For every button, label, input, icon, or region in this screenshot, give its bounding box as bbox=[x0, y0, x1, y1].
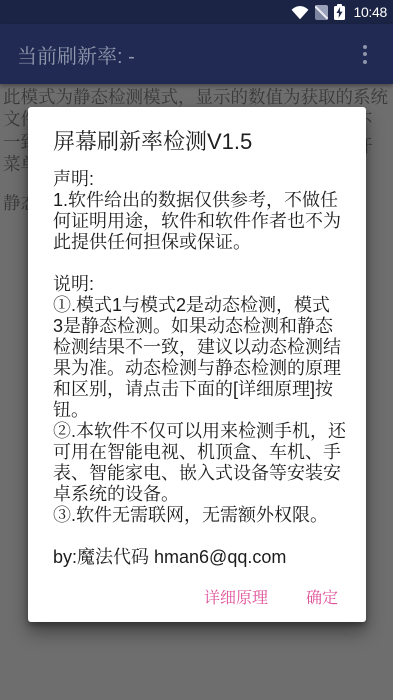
lightning-bolt-icon bbox=[336, 7, 343, 18]
bg-text-line1: 此模式为静态检测模式，显示的数值为获取的系统 bbox=[3, 86, 388, 108]
detail-principle-button[interactable]: 详细原理 bbox=[202, 581, 270, 612]
ok-button[interactable]: 确定 bbox=[304, 581, 340, 612]
no-sim-icon bbox=[315, 5, 328, 20]
status-bar: 10:48 bbox=[0, 0, 393, 24]
dialog-title: 屏幕刷新率检测V1.5 bbox=[28, 107, 366, 156]
app-bar: 当前刷新率: - bbox=[0, 24, 393, 84]
menu-dots-icon bbox=[363, 45, 367, 49]
battery-charging-icon bbox=[334, 4, 345, 21]
page-title: 当前刷新率: - bbox=[0, 40, 135, 69]
dialog-body-text: 声明: 1.软件给出的数据仅供参考，不做任 何证明用途，软件和软件作者也不为 此… bbox=[28, 156, 366, 568]
clock-text: 10:48 bbox=[353, 4, 387, 20]
overflow-menu-button[interactable] bbox=[351, 34, 379, 74]
dialog-actions: 详细原理 确定 bbox=[28, 570, 366, 622]
wifi-icon bbox=[291, 5, 309, 20]
about-dialog: 屏幕刷新率检测V1.5 声明: 1.软件给出的数据仅供参考，不做任 何证明用途，… bbox=[28, 107, 366, 622]
screen: 10:48 当前刷新率: - 此模式为静态检测模式，显示的数值为获取的系统 文件… bbox=[0, 0, 393, 700]
